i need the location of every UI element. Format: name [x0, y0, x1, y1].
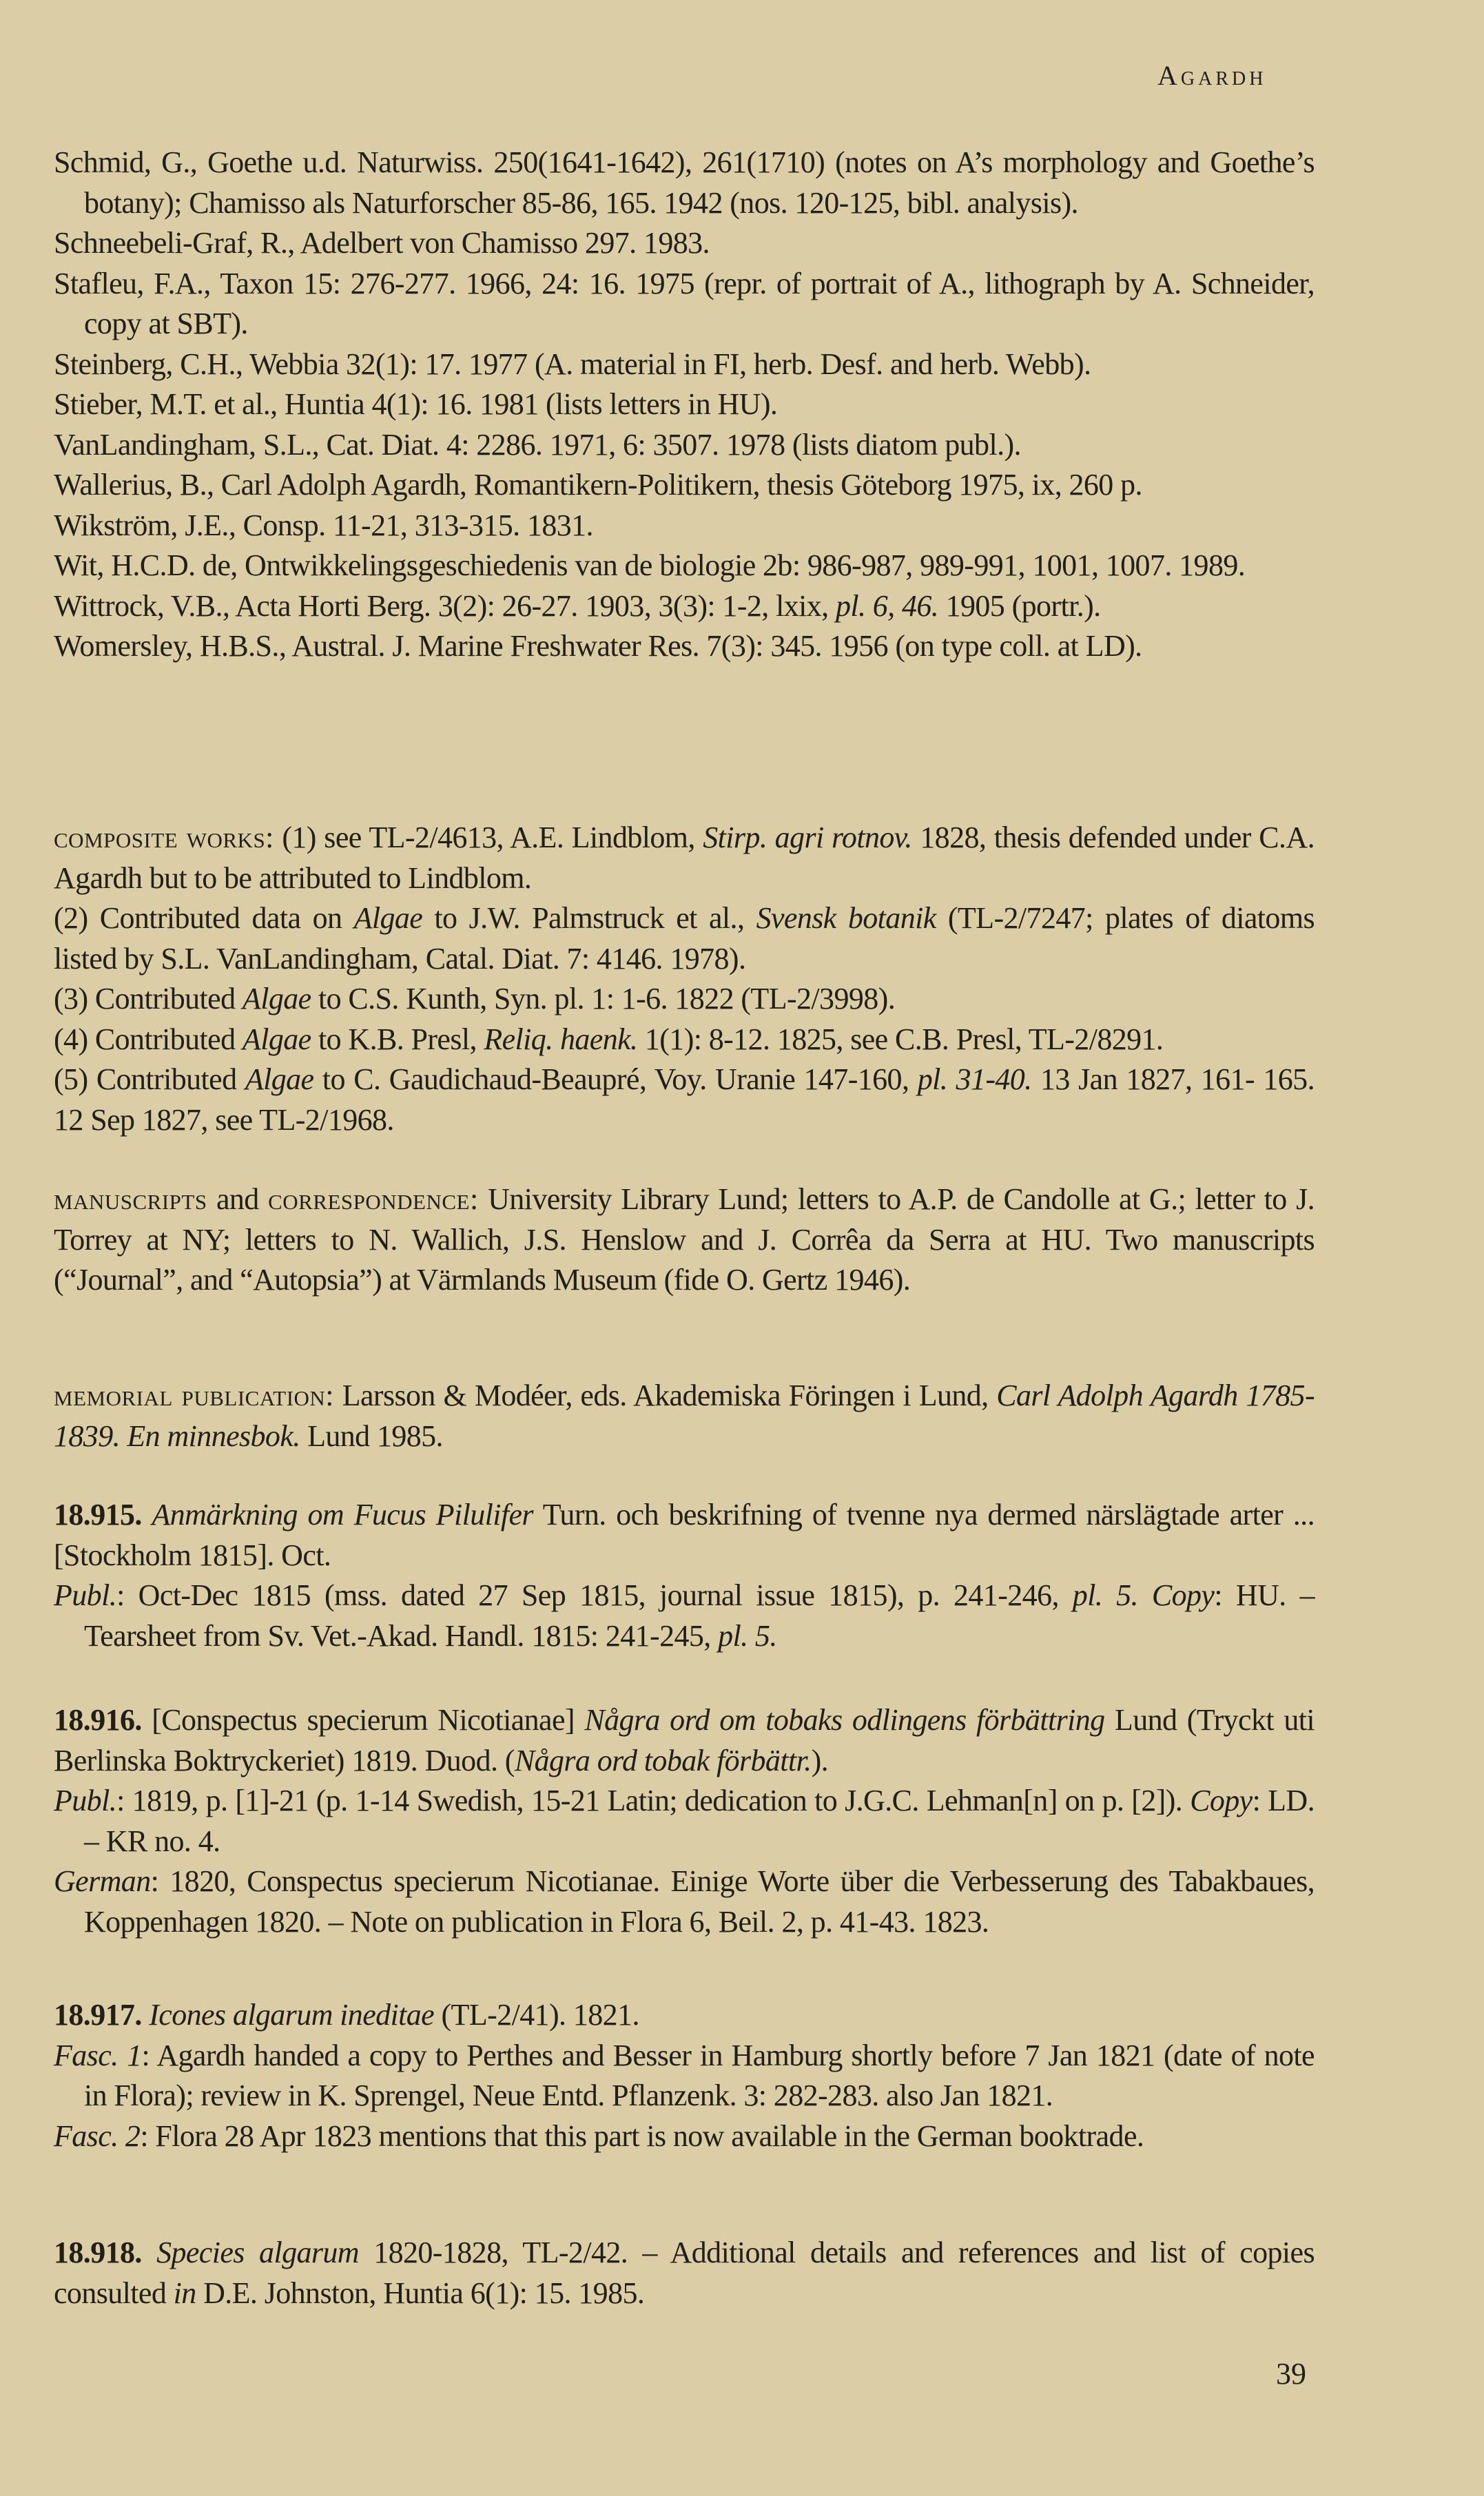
entry-18-916: 18.916. [Conspectus specierum Nicotianae… [54, 1700, 1315, 1942]
reference-item: Steinberg, C.H., Webbia 32(1): 17. 1977 … [54, 344, 1315, 385]
entry-publ: Publ.: 1819, p. [1]-21 (p. 1-14 Swedish,… [54, 1781, 1315, 1861]
entry-18-918: 18.918. Species algarum 1820-1828, TL-2/… [54, 2233, 1315, 2313]
reference-item: Stieber, M.T. et al., Huntia 4(1): 16. 1… [54, 384, 1315, 425]
fasc-label: Fasc. 1 [54, 2039, 142, 2072]
italic-title: Reliq. haenk. [484, 1022, 637, 1056]
composite-works-section: composite works: (1) see TL-2/4613, A.E.… [54, 818, 1315, 1140]
entry-number: 18.918. [54, 2236, 142, 2269]
entry-18-917: 18.917. Icones algarum ineditae (TL-2/41… [54, 1995, 1315, 2156]
reference-item: Wittrock, V.B., Acta Horti Berg. 3(2): 2… [54, 586, 1315, 627]
publ-label: Publ. [54, 1578, 116, 1612]
entry-fasc-1: Fasc. 1: Agardh handed a copy to Perthes… [54, 2036, 1315, 2116]
text: : Oct-Dec 1815 (mss. dated 27 Sep 1815, … [116, 1578, 1073, 1612]
text: to K.B. Presl, [311, 1022, 484, 1056]
entry-number: 18.916. [54, 1703, 142, 1737]
text: : 1820, Conspectus specierum Nicotianae.… [84, 1864, 1315, 1939]
italic-in: in [174, 2276, 196, 2310]
italic-term: Algae [243, 1022, 311, 1056]
text: D.E. Johnston, Huntia 6(1): 15. 1985. [196, 2276, 645, 2310]
text: : 1819, p. [1]-21 (p. 1-14 Swedish, 15-2… [116, 1784, 1190, 1817]
text: [Conspectus specierum Nicotianae] [142, 1703, 585, 1737]
composite-item: (4) Contributed Algae to K.B. Presl, Rel… [54, 1020, 1315, 1060]
entry-title: 18.915. Anmärkning om Fucus Pilulifer Tu… [54, 1495, 1315, 1576]
entry-title: 18.916. [Conspectus specierum Nicotianae… [54, 1700, 1315, 1781]
german-label: German [54, 1864, 151, 1898]
text: to J.W. Palmstruck et al., [422, 901, 756, 935]
text: (5) Contributed [54, 1062, 245, 1096]
running-head: Agardh [1157, 59, 1266, 92]
italic-title: Några ord om tobaks odlingens förbättrin… [584, 1703, 1104, 1737]
text: (1) see TL-2/4613, A.E. Lindblom, [282, 821, 703, 854]
reference-item: Schneebeli-Graf, R., Adelbert von Chamis… [54, 223, 1315, 264]
ref-text: 1905 (portr.). [938, 589, 1100, 623]
composite-item: (5) Contributed Algae to C. Gaudichaud-B… [54, 1060, 1315, 1140]
reference-item: Wikström, J.E., Consp. 11-21, 313-315. 1… [54, 506, 1315, 546]
composite-item: (3) Contributed Algae to C.S. Kunth, Syn… [54, 979, 1315, 1020]
section-label: manuscripts [54, 1182, 207, 1216]
reference-item: VanLandingham, S.L., Cat. Diat. 4: 2286.… [54, 425, 1315, 466]
copy-label: Copy [1190, 1784, 1252, 1817]
reference-item: Stafleu, F.A., Taxon 15: 276-277. 1966, … [54, 264, 1315, 344]
text: ). [812, 1744, 828, 1777]
reference-list: Schmid, G., Goethe u.d. Naturwiss. 250(1… [54, 143, 1315, 667]
text: : Flora 28 Apr 1823 mentions that this p… [140, 2119, 1144, 2153]
composite-item: composite works: (1) see TL-2/4613, A.E.… [54, 818, 1315, 898]
italic-title: Svensk botanik [756, 901, 936, 935]
entry-title: 18.917. Icones algarum ineditae (TL-2/41… [54, 1995, 1315, 2036]
publ-label: Publ. [54, 1784, 116, 1817]
text: (4) Contributed [54, 1022, 243, 1056]
text: (3) Contributed [54, 982, 243, 1015]
italic-plate: pl. 5. [718, 1619, 777, 1653]
italic-title: Icones algarum ineditae [149, 1998, 434, 2032]
entry-publ: Publ.: Oct-Dec 1815 (mss. dated 27 Sep 1… [54, 1576, 1315, 1656]
italic-title: Species algarum [156, 2236, 359, 2269]
reference-item: Womersley, H.B.S., Austral. J. Marine Fr… [54, 626, 1315, 667]
text: and [207, 1182, 269, 1216]
italic-plate: pl. 31-40. [918, 1062, 1032, 1096]
manuscripts-section: manuscripts and correspondence: Universi… [54, 1179, 1315, 1301]
text: to C. Gaudichaud-Beaupré, Voy. Uranie 14… [314, 1062, 918, 1096]
fasc-label: Fasc. 2 [54, 2119, 140, 2153]
reference-item: Wallerius, B., Carl Adolph Agardh, Roman… [54, 465, 1315, 506]
text: : Agardh handed a copy to Perthes and Be… [84, 2039, 1315, 2113]
text: Larsson & Modéer, eds. Akademiska Föring… [334, 1379, 996, 1412]
section-label: composite works: [54, 821, 274, 854]
page-number: 39 [1276, 2356, 1306, 2391]
reference-item: Schmid, G., Goethe u.d. Naturwiss. 250(1… [54, 143, 1315, 223]
composite-item: (2) Contributed data on Algae to J.W. Pa… [54, 898, 1315, 979]
entry-number: 18.917. [54, 1998, 142, 2032]
italic-title: Stirp. agri rotnov. [703, 821, 912, 854]
text: (2) Contributed data on [54, 901, 354, 935]
entry-fasc-2: Fasc. 2: Flora 28 Apr 1823 mentions that… [54, 2116, 1315, 2157]
section-label: memorial publication: [54, 1379, 334, 1412]
memorial-publication-section: memorial publication: Larsson & Modéer, … [54, 1376, 1315, 1456]
italic-term: Algae [354, 901, 423, 935]
italic-title: Anmärkning om Fucus Pilulifer [152, 1498, 533, 1531]
text: Lund 1985. [300, 1419, 443, 1453]
ref-text: Wittrock, V.B., Acta Horti Berg. 3(2): 2… [54, 589, 836, 623]
reference-item: Wit, H.C.D. de, Ontwikkelingsgeschiedeni… [54, 546, 1315, 586]
section-label: correspondence: [268, 1182, 479, 1216]
text: to C.S. Kunth, Syn. pl. 1: 1-6. 1822 (TL… [311, 982, 896, 1015]
entry-german: German: 1820, Conspectus specierum Nicot… [54, 1861, 1315, 1942]
italic-term: Algae [243, 982, 311, 1015]
entry-number: 18.915. [54, 1498, 142, 1531]
entry-18-915: 18.915. Anmärkning om Fucus Pilulifer Tu… [54, 1495, 1315, 1656]
text: 1(1): 8-12. 1825, see C.B. Presl, TL-2/8… [637, 1022, 1163, 1056]
italic-plate: pl. 5. [1073, 1578, 1138, 1612]
ref-italic: pl. 6, 46. [836, 589, 938, 623]
italic-abbreviation: Några ord tobak förbättr. [515, 1744, 812, 1777]
text: (TL-2/41). 1821. [434, 1998, 639, 2032]
copy-label: Copy [1152, 1578, 1214, 1612]
italic-term: Algae [245, 1062, 314, 1096]
